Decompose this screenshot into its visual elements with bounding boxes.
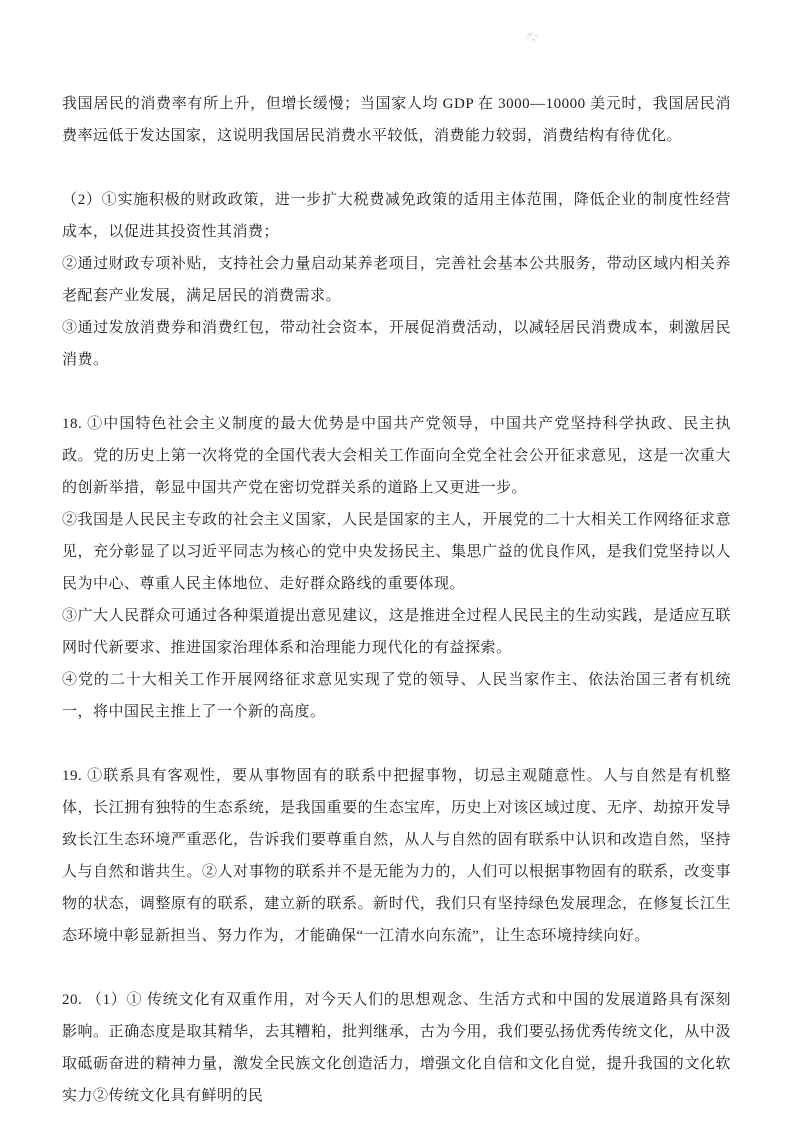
scan-artifact-speck — [528, 33, 531, 36]
document-page: 我国居民的消费率有所上升，但增长缓慢；当国家人均 GDP 在 3000—1000… — [0, 0, 793, 1122]
paragraph-q20-part1: 20. （1）① 传统文化有双重作用，对今天人们的思想观念、生活方式和中国的发展… — [62, 984, 731, 1112]
paragraph-q18-point2: ②我国是人民民主专政的社会主义国家，人民是国家的主人，开展党的二十大相关工作网络… — [62, 504, 731, 600]
paragraph-q17-part2-point1: （2）①实施积极的财政政策，进一步扩大税费减免政策的适用主体范围，降低企业的制度… — [62, 184, 731, 248]
paragraph-q17-analysis: 我国居民的消费率有所上升，但增长缓慢；当国家人均 GDP 在 3000—1000… — [62, 88, 731, 152]
paragraph-q17-part2-point3: ③通过发放消费券和消费红包，带动社会资本，开展促消费活动，以减轻居民消费成本，刺… — [62, 312, 731, 376]
paragraph-q18-point3: ③广大人民群众可通过各种渠道提出意见建议，这是推进全过程人民民主的生动实践，是适… — [62, 600, 731, 664]
paragraph-q18-point1: 18. ①中国特色社会主义制度的最大优势是中国共产党领导，中国共产党坚持科学执政… — [62, 408, 731, 504]
paragraph-q17-part2-point2: ②通过财政专项补贴，支持社会力量启动某养老项目，完善社会基本公共服务，带动区域内… — [62, 248, 731, 312]
answer-text-block: 我国居民的消费率有所上升，但增长缓慢；当国家人均 GDP 在 3000—1000… — [62, 88, 731, 1112]
paragraph-q18-point4: ④党的二十大相关工作开展网络征求意见实现了党的领导、人民当家作主、依法治国三者有… — [62, 664, 731, 728]
paragraph-q19-answer: 19. ①联系具有客观性，要从事物固有的联系中把握事物，切忌主观随意性。人与自然… — [62, 760, 731, 952]
